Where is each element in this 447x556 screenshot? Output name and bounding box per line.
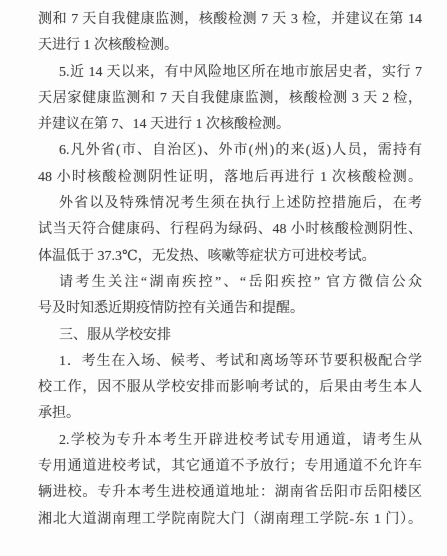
text-line: 天居家健康监测和 7 天自我健康监测，核酸检测 3 天 2 检， (38, 86, 422, 112)
text-line: 48 小时核酸检测阴性证明，落地后再进行 1 次核酸检测。 (38, 165, 422, 191)
text-line: 1．考生在入场、候考、考试和离场等环节要积极配合学 (38, 349, 422, 375)
text-line: 专用通道进校考试，其它通道不予放行；专用通道不允许车 (38, 454, 422, 480)
text-line: 测和 7 天自我健康监测，核酸检测 7 天 3 检，并建议在第 14 (38, 7, 422, 33)
document-body: 测和 7 天自我健康监测，核酸检测 7 天 3 检，并建议在第 14天进行 1 … (0, 0, 422, 533)
text-line: 外省以及特殊情况考生须在执行上述防控措施后，在考 (38, 191, 422, 217)
text-line: 湘北大道湖南理工学院南院大门（湖南理工学院-东 1 门）。 (38, 507, 422, 533)
text-line: 辆进校。专升本考生进校通道地址：湖南省岳阳市岳阳楼区 (38, 480, 422, 506)
scanned-document-page: 测和 7 天自我健康监测，核酸检测 7 天 3 检，并建议在第 14天进行 1 … (0, 0, 447, 556)
section-heading: 三、服从学校安排 (38, 323, 422, 349)
text-line: 校工作，因不服从学校安排而影响考试的，后果由考生本人 (38, 375, 422, 401)
text-line: 天进行 1 次核酸检测。 (38, 33, 422, 59)
text-line: 5.近 14 天以来，有中风险地区所在地市旅居史者，实行 7 (38, 60, 422, 86)
text-line: 并建议在第 7、14 天进行 1 次核酸检测。 (38, 112, 422, 138)
text-line: 承担。 (38, 401, 422, 427)
text-line: 6.凡外省(市、自治区)、外市(州)的来(返)人员，需持有 (38, 138, 422, 164)
text-line: 2.学校为专升本考生开辟进校考试专用通道，请考生从 (38, 428, 422, 454)
text-line: 体温低于 37.3℃，无发热、咳嗽等症状方可进校考试。 (38, 244, 422, 270)
text-line: 号及时知悉近期疫情防控有关通告和提醒。 (38, 296, 422, 322)
text-line: 请考生关注“湖南疾控”、“岳阳疾控” 官方微信公众 (38, 270, 422, 296)
text-line: 试当天符合健康码、行程码为绿码、48 小时核酸检测阴性、 (38, 217, 422, 243)
